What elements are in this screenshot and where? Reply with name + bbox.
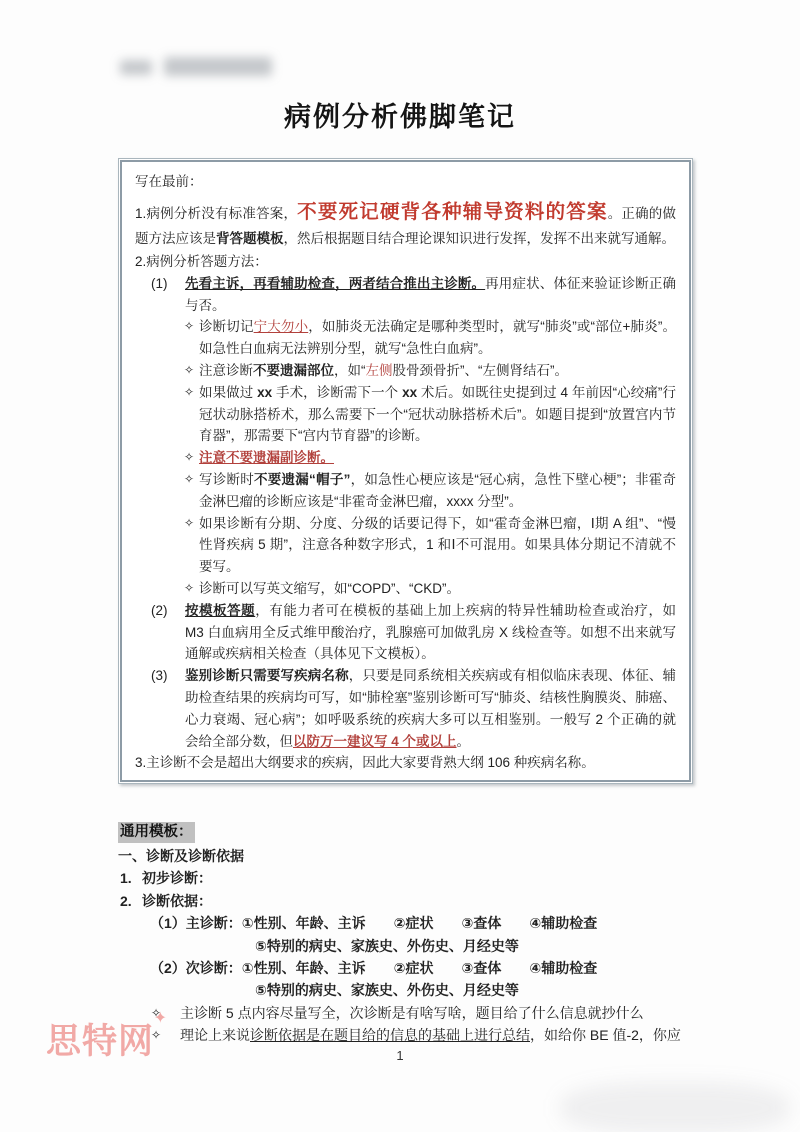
diamond-bullet-icon: ✧ xyxy=(184,382,194,404)
paragraph: ✧如果诊断有分期、分度、分级的话要记得下，如“霍奇金淋巴瘤，Ⅰ期 A 组”、“慢… xyxy=(135,513,676,578)
text-run: 1.病例分析没有标准答案， xyxy=(135,206,297,221)
text-run: 诊断可以写英文缩写，如“COPD”、“CKD”。 xyxy=(199,581,460,596)
text-run: 不要遗漏部位 xyxy=(253,363,334,378)
paragraph: (2)按模板答题，有能力者可在模板的基础上加上疾病的特异性辅助检查或治疗，如 M… xyxy=(135,600,676,665)
text-run: 左侧 xyxy=(366,363,393,378)
text-run: xx xyxy=(257,385,272,400)
text-run: ⑤特别的病史、家族史、外伤史、月经史等 xyxy=(255,982,519,998)
diamond-bullet-icon: ✧ xyxy=(184,469,194,491)
paragraph: （2）次诊断：①性别、年龄、主诉 ②症状 ③查体 ④辅助检查 xyxy=(118,957,698,979)
list-marker: 2. xyxy=(120,890,132,912)
text-run: 如果做过 xyxy=(199,385,257,400)
text-run: ，然后根据题目结合理论课知识进行发挥，发挥不出来就写通解。 xyxy=(284,231,676,246)
paragraph: 3.主诊断不会是超出大纲要求的疾病，因此大家要背熟大纲 106 种疾病名称。 xyxy=(135,752,676,774)
text-run: 以防万一建议写 4 个或以上 xyxy=(293,734,457,749)
note-box-lead: 写在最前： xyxy=(135,170,676,194)
paragraph: ✧写诊断时不要遗漏“帽子”，如急性心梗应该是“冠心病，急性下壁心梗”；非霍奇金淋… xyxy=(135,469,676,513)
list-marker: (3) xyxy=(151,665,168,687)
list-marker: 1. xyxy=(120,867,132,889)
page-number: 1 xyxy=(0,1048,800,1063)
diamond-bullet-icon: ✧ xyxy=(184,513,194,535)
list-marker: (1) xyxy=(151,273,168,295)
list-marker: (2) xyxy=(151,600,168,622)
template-lines: 一、诊断及诊断依据1.初步诊断：2.诊断依据：（1）主诊断：①性别、年龄、主诉 … xyxy=(118,845,698,1047)
text-run: 手术，诊断需下一个 xyxy=(272,385,402,400)
text-run: 主诊断 5 点内容尽量写全，次诊断是有啥写啥，题目给了什么信息就抄什么 xyxy=(180,1005,644,1021)
text-run: 初步诊断： xyxy=(142,870,212,886)
paragraph: (3)鉴别诊断只需要写疾病名称，只要是同系统相关疾病或有相似临床表现、体征、辅助… xyxy=(135,665,676,752)
text-run: 诊断切记 xyxy=(199,319,254,334)
diamond-bullet-icon: ✧ xyxy=(184,360,194,382)
scan-smudge xyxy=(560,1082,790,1132)
template-section: 通用模板： 一、诊断及诊断依据1.初步诊断：2.诊断依据：（1）主诊断：①性别、… xyxy=(118,822,698,1047)
paragraph: ⑤特别的病史、家族史、外伤史、月经史等 xyxy=(118,935,698,957)
diamond-bullet-icon: ✧ xyxy=(184,316,194,338)
text-run: 2.病例分析答题方法： xyxy=(135,254,268,269)
text-run: 先看主诉，再看辅助检查，两者结合推出主诊断。 xyxy=(185,276,485,291)
note-box: 写在最前： 1.病例分析没有标准答案，不要死记硬背各种辅导资料的答案。正确的做题… xyxy=(118,158,693,784)
text-run: 诊断依据： xyxy=(142,893,212,909)
paragraph: (1)先看主诉，再看辅助检查，两者结合推出主诊断。再用症状、体征来验证诊断正确与… xyxy=(135,273,676,317)
paragraph: 2.病例分析答题方法： xyxy=(135,251,676,273)
text-run: （2）次诊断：①性别、年龄、主诉 ②症状 ③查体 ④辅助检查 xyxy=(150,960,597,976)
text-run: 注意诊断 xyxy=(199,363,253,378)
paragraph: 1.初步诊断： xyxy=(118,867,698,889)
text-run: （1）主诊断：①性别、年龄、主诉 ②症状 ③查体 ④辅助检查 xyxy=(150,915,597,931)
sparkle-icon: ✦ xyxy=(154,1008,168,1028)
text-run: 理论上来说 xyxy=(180,1027,250,1043)
note-box-inner: 写在最前： 1.病例分析没有标准答案，不要死记硬背各种辅导资料的答案。正确的做题… xyxy=(120,160,691,782)
paragraph: ✧主诊断 5 点内容尽量写全，次诊断是有啥写啥，题目给了什么信息就抄什么 xyxy=(118,1002,698,1024)
text-run: 写诊断时 xyxy=(199,472,254,487)
text-run: 诊断依据是在题目给的信息的基础上进行总结 xyxy=(250,1027,530,1043)
paragraph: 1.病例分析没有标准答案，不要死记硬背各种辅导资料的答案。正确的做题方法应该是背… xyxy=(135,200,676,251)
redacted-logo-text xyxy=(164,57,272,76)
paragraph: 2.诊断依据： xyxy=(118,890,698,912)
diamond-bullet-icon: ✧ xyxy=(184,447,194,469)
text-run: 宁大勿小 xyxy=(254,319,309,334)
paragraph: 一、诊断及诊断依据 xyxy=(118,845,698,867)
text-run: ⑤特别的病史、家族史、外伤史、月经史等 xyxy=(255,938,519,954)
text-run: 鉴别诊断只需要写疾病名称 xyxy=(185,668,349,683)
text-run: 一、诊断及诊断依据 xyxy=(118,848,244,864)
text-run: 。 xyxy=(457,734,471,749)
text-run: 3.主诊断不会是超出大纲要求的疾病，因此大家要背熟大纲 106 种疾病名称。 xyxy=(135,755,595,770)
text-run: 不要死记硬背各种辅导资料的答案 xyxy=(297,201,608,223)
text-run: 按模板答题 xyxy=(185,603,255,618)
paragraph: ✧注意不要遗漏副诊断。 xyxy=(135,447,676,469)
text-run: ，如给你 BE 值-2，你应 xyxy=(530,1027,681,1043)
page-title: 病例分析佛脚笔记 xyxy=(0,95,800,134)
text-run: 不要遗漏“帽子” xyxy=(254,472,350,487)
paragraph: ✧理论上来说诊断依据是在题目给的信息的基础上进行总结，如给你 BE 值-2，你应 xyxy=(118,1024,698,1046)
text-run: 注意不要遗漏副诊断。 xyxy=(199,450,334,465)
diamond-bullet-icon: ✧ xyxy=(184,578,194,600)
paragraph: ✧诊断可以写英文缩写，如“COPD”、“CKD”。 xyxy=(135,578,676,600)
template-heading: 通用模板： xyxy=(118,822,195,843)
text-run: xx xyxy=(402,385,417,400)
paragraph: （1）主诊断：①性别、年龄、主诉 ②症状 ③查体 ④辅助检查 xyxy=(118,912,698,934)
text-run: 如果诊断有分期、分度、分级的话要记得下，如“霍奇金淋巴瘤，Ⅰ期 A 组”、“慢性… xyxy=(199,516,676,575)
note-box-paragraphs: 1.病例分析没有标准答案，不要死记硬背各种辅导资料的答案。正确的做题方法应该是背… xyxy=(135,200,676,774)
text-run: ，有能力者可在模板的基础上加上疾病的特异性辅助检查或治疗，如 M3 白血病用全反… xyxy=(185,603,676,662)
paragraph: ⑤特别的病史、家族史、外伤史、月经史等 xyxy=(118,979,698,1001)
paragraph: ✧注意诊断不要遗漏部位，如“左侧股骨颈骨折”、“左侧肾结石”。 xyxy=(135,360,676,382)
text-run: 股骨颈骨折”、“左侧肾结石”。 xyxy=(393,363,569,378)
text-run: 背答题模板 xyxy=(216,231,284,246)
redacted-logo-mark xyxy=(120,60,152,75)
paragraph: ✧如果做过 xx 手术，诊断需下一个 xx 术后。如既往史提到过 4 年前因“心… xyxy=(135,382,676,447)
paragraph: ✧诊断切记宁大勿小，如肺炎无法确定是哪种类型时，就写“肺炎”或“部位+肺炎”。如… xyxy=(135,316,676,360)
text-run: ，如“ xyxy=(334,363,366,378)
